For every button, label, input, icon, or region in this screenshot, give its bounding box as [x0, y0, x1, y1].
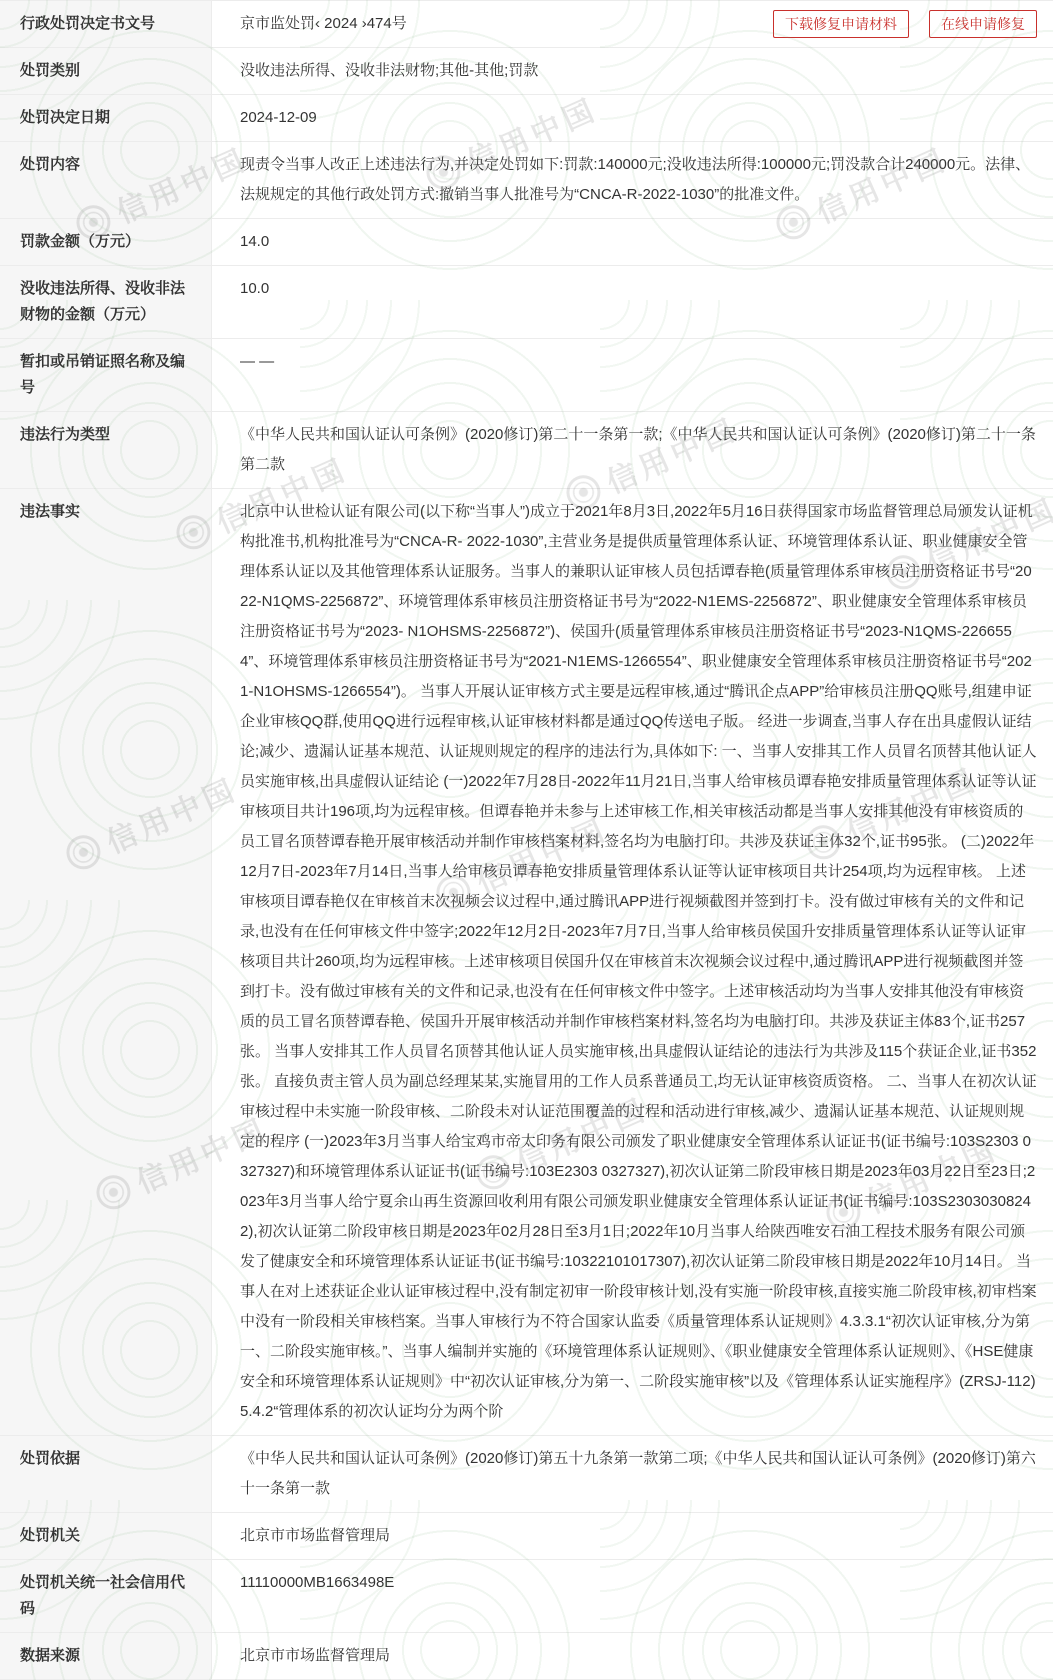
online-repair-button[interactable]: 在线申请修复 [929, 10, 1037, 38]
field-label: 处罚机关统一社会信用代码 [0, 1560, 212, 1632]
penalty-doc-number: 京市监处罚‹ 2024 ›474号 [240, 9, 407, 39]
field-label: 处罚内容 [0, 142, 212, 218]
field-label: 处罚决定日期 [0, 95, 212, 141]
field-label: 暂扣或吊销证照名称及编号 [0, 339, 212, 411]
table-row-penalty-authority: 处罚机关 北京市市场监督管理局 [0, 1513, 1053, 1560]
download-repair-button[interactable]: 下载修复申请材料 [773, 10, 909, 38]
field-label: 数据来源 [0, 1633, 212, 1679]
table-row-penalty-content: 处罚内容 现责令当事人改正上述违法行为,并决定处罚如下:罚款:140000元;没… [0, 142, 1053, 219]
field-value: 没收违法所得、没收非法财物;其他-其他;罚款 [212, 48, 1053, 94]
table-row-license-suspension: 暂扣或吊销证照名称及编号 — — [0, 339, 1053, 412]
field-value: 10.0 [212, 266, 1053, 338]
table-row-authority-credit-code: 处罚机关统一社会信用代码 11110000MB1663498E [0, 1560, 1053, 1633]
table-row-data-source: 数据来源 北京市市场监督管理局 [0, 1633, 1053, 1680]
field-value: 京市监处罚‹ 2024 ›474号 下载修复申请材料 在线申请修复 [212, 1, 1053, 47]
field-value: 11110000MB1663498E [212, 1560, 1053, 1632]
table-row-violation-facts: 违法事实 北京中认世检认证有限公司(以下称“当事人”)成立于2021年8月3日,… [0, 489, 1053, 1436]
field-value: 2024-12-09 [212, 95, 1053, 141]
field-value: 现责令当事人改正上述违法行为,并决定处罚如下:罚款:140000元;没收违法所得… [212, 142, 1053, 218]
field-value: 14.0 [212, 219, 1053, 265]
table-row-penalty-basis: 处罚依据 《中华人民共和国认证认可条例》(2020修订)第五十九条第一款第二项;… [0, 1436, 1053, 1513]
field-label: 违法行为类型 [0, 412, 212, 488]
field-label: 行政处罚决定书文号 [0, 1, 212, 47]
field-value: 《中华人民共和国认证认可条例》(2020修订)第二十一条第一款;《中华人民共和国… [212, 412, 1053, 488]
table-row-penalty-category: 处罚类别 没收违法所得、没收非法财物;其他-其他;罚款 [0, 48, 1053, 95]
repair-actions: 下载修复申请材料 在线申请修复 [773, 10, 1037, 38]
field-label: 处罚类别 [0, 48, 212, 94]
table-row-confiscation-amount: 没收违法所得、没收非法财物的金额（万元） 10.0 [0, 266, 1053, 339]
field-label: 处罚机关 [0, 1513, 212, 1559]
field-label: 罚款金额（万元） [0, 219, 212, 265]
table-row-doc-number: 行政处罚决定书文号 京市监处罚‹ 2024 ›474号 下载修复申请材料 在线申… [0, 1, 1053, 48]
field-value: 北京市市场监督管理局 [212, 1633, 1053, 1679]
field-value: 北京市市场监督管理局 [212, 1513, 1053, 1559]
table-row-violation-type: 违法行为类型 《中华人民共和国认证认可条例》(2020修订)第二十一条第一款;《… [0, 412, 1053, 489]
penalty-detail-table: 行政处罚决定书文号 京市监处罚‹ 2024 ›474号 下载修复申请材料 在线申… [0, 0, 1053, 1680]
table-row-fine-amount: 罚款金额（万元） 14.0 [0, 219, 1053, 266]
table-row-decision-date: 处罚决定日期 2024-12-09 [0, 95, 1053, 142]
field-value: 北京中认世检认证有限公司(以下称“当事人”)成立于2021年8月3日,2022年… [212, 489, 1053, 1435]
field-value: 《中华人民共和国认证认可条例》(2020修订)第五十九条第一款第二项;《中华人民… [212, 1436, 1053, 1512]
field-label: 没收违法所得、没收非法财物的金额（万元） [0, 266, 212, 338]
field-label: 违法事实 [0, 489, 212, 1435]
field-value: — — [212, 339, 1053, 411]
field-label: 处罚依据 [0, 1436, 212, 1512]
